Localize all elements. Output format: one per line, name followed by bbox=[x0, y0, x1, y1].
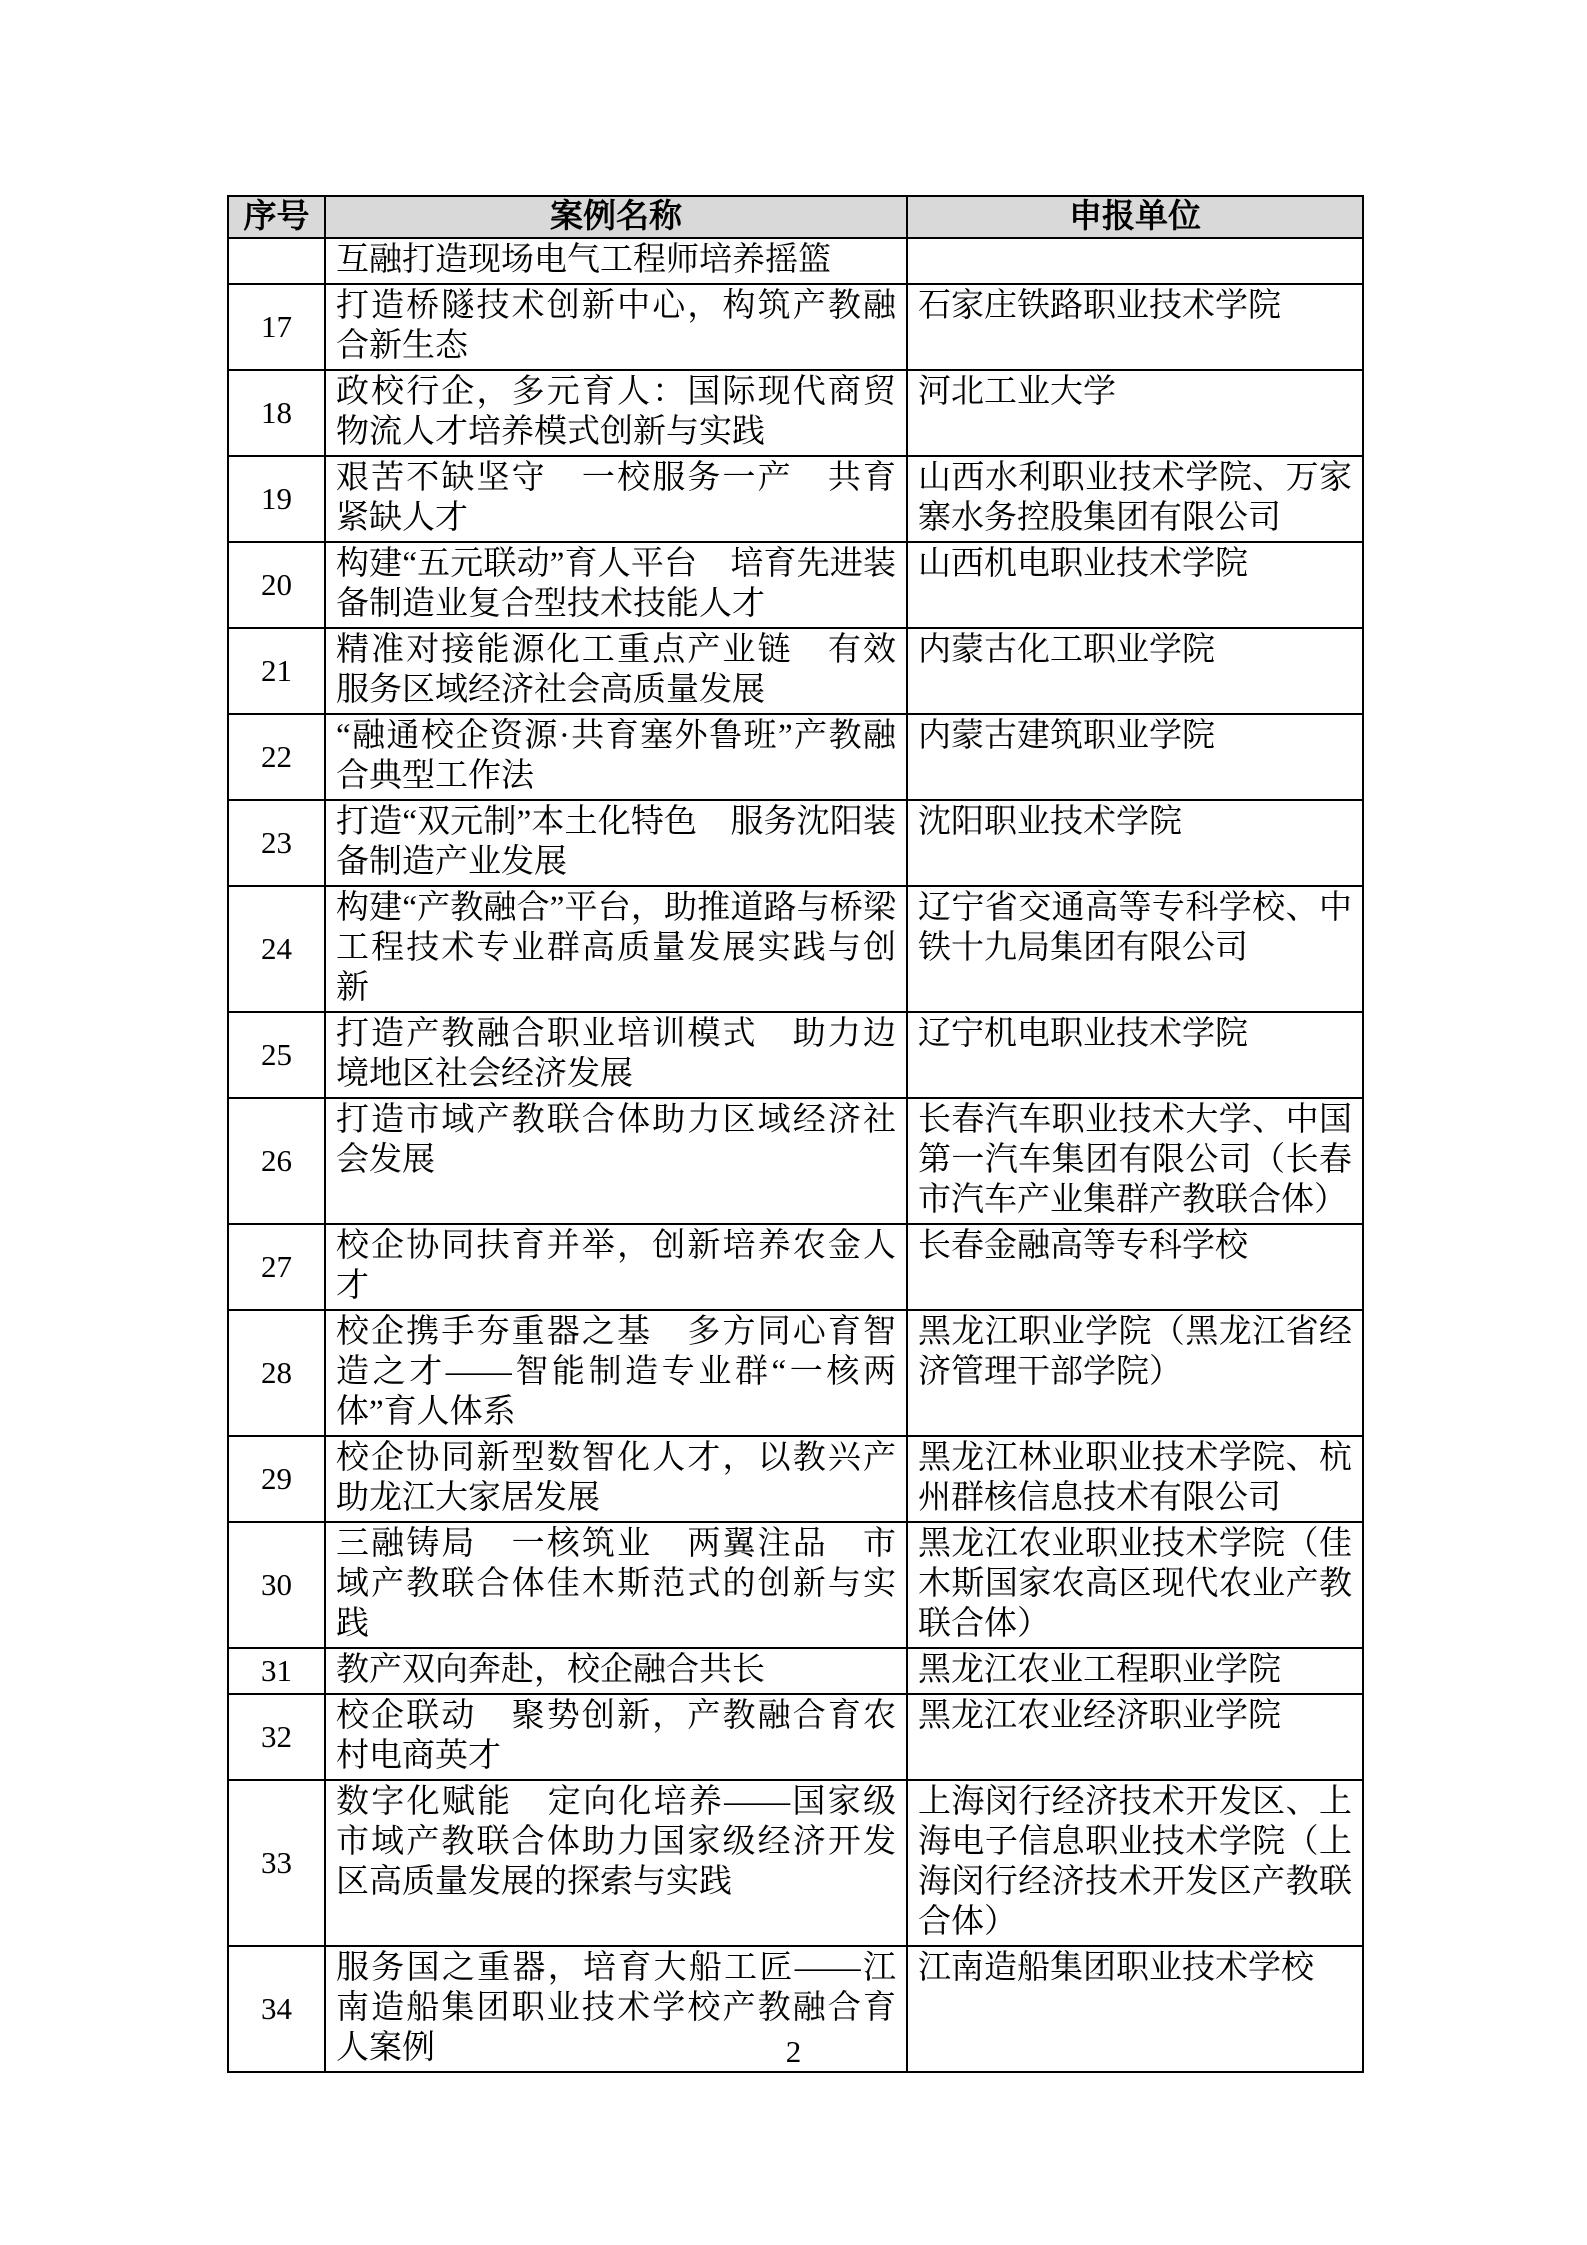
row-index: 29 bbox=[228, 1436, 325, 1522]
row-index: 33 bbox=[228, 1780, 325, 1946]
table-row: 23打造“双元制”本土化特色 服务沈阳装备制造产业发展沈阳职业技术学院 bbox=[228, 800, 1363, 886]
case-table-body: 互融打造现场电气工程师培养摇篮17打造桥隧技术创新中心，构筑产教融合新生态石家庄… bbox=[228, 238, 1363, 2072]
table-row: 22“融通校企资源·共育塞外鲁班”产教融合典型工作法内蒙古建筑职业学院 bbox=[228, 714, 1363, 800]
case-name-cell: 校企协同新型数智化人才，以教兴产助龙江大家居发展 bbox=[325, 1436, 907, 1522]
unit-cell: 黑龙江农业工程职业学院 bbox=[907, 1648, 1363, 1694]
table-row: 29校企协同新型数智化人才，以教兴产助龙江大家居发展黑龙江林业职业技术学院、杭州… bbox=[228, 1436, 1363, 1522]
unit-cell: 沈阳职业技术学院 bbox=[907, 800, 1363, 886]
case-table: 序号 案例名称 申报单位 互融打造现场电气工程师培养摇篮17打造桥隧技术创新中心… bbox=[227, 195, 1364, 2073]
table-header-row: 序号 案例名称 申报单位 bbox=[228, 196, 1363, 238]
row-index: 22 bbox=[228, 714, 325, 800]
case-name-cell: 打造产教融合职业培训模式 助力边境地区社会经济发展 bbox=[325, 1012, 907, 1098]
row-index: 21 bbox=[228, 628, 325, 714]
unit-cell: 山西水利职业技术学院、万家寨水务控股集团有限公司 bbox=[907, 456, 1363, 542]
unit-cell bbox=[907, 238, 1363, 284]
unit-cell: 辽宁省交通高等专科学校、中铁十九局集团有限公司 bbox=[907, 886, 1363, 1012]
table-row: 32校企联动 聚势创新，产教融合育农村电商英才黑龙江农业经济职业学院 bbox=[228, 1694, 1363, 1780]
unit-cell: 黑龙江农业经济职业学院 bbox=[907, 1694, 1363, 1780]
header-cell-index: 序号 bbox=[228, 196, 325, 238]
case-name-cell: 打造“双元制”本土化特色 服务沈阳装备制造产业发展 bbox=[325, 800, 907, 886]
row-index: 23 bbox=[228, 800, 325, 886]
row-index: 17 bbox=[228, 284, 325, 370]
row-index: 20 bbox=[228, 542, 325, 628]
unit-cell: 黑龙江林业职业技术学院、杭州群核信息技术有限公司 bbox=[907, 1436, 1363, 1522]
table-row: 21精准对接能源化工重点产业链 有效服务区域经济社会高质量发展内蒙古化工职业学院 bbox=[228, 628, 1363, 714]
case-name-cell: 构建“产教融合”平台，助推道路与桥梁工程技术专业群高质量发展实践与创新 bbox=[325, 886, 907, 1012]
row-index: 18 bbox=[228, 370, 325, 456]
case-name-cell: 校企携手夯重器之基 多方同心育智造之才——智能制造专业群“一核两体”育人体系 bbox=[325, 1310, 907, 1436]
table-row: 26打造市域产教联合体助力区域经济社会发展长春汽车职业技术大学、中国第一汽车集团… bbox=[228, 1098, 1363, 1224]
row-index: 31 bbox=[228, 1648, 325, 1694]
case-name-cell: 三融铸局 一核筑业 两翼注品 市域产教联合体佳木斯范式的创新与实践 bbox=[325, 1522, 907, 1648]
table-row: 互融打造现场电气工程师培养摇篮 bbox=[228, 238, 1363, 284]
row-index: 27 bbox=[228, 1224, 325, 1310]
case-name-cell: 教产双向奔赴，校企融合共长 bbox=[325, 1648, 907, 1694]
table-row: 33数字化赋能 定向化培养——国家级市域产教联合体助力国家级经济开发区高质量发展… bbox=[228, 1780, 1363, 1946]
table-row: 17打造桥隧技术创新中心，构筑产教融合新生态石家庄铁路职业技术学院 bbox=[228, 284, 1363, 370]
case-name-cell: 互融打造现场电气工程师培养摇篮 bbox=[325, 238, 907, 284]
unit-cell: 辽宁机电职业技术学院 bbox=[907, 1012, 1363, 1098]
case-name-cell: 艰苦不缺坚守 一校服务一产 共育紧缺人才 bbox=[325, 456, 907, 542]
header-cell-case-name: 案例名称 bbox=[325, 196, 907, 238]
table-row: 19艰苦不缺坚守 一校服务一产 共育紧缺人才山西水利职业技术学院、万家寨水务控股… bbox=[228, 456, 1363, 542]
case-name-cell: 精准对接能源化工重点产业链 有效服务区域经济社会高质量发展 bbox=[325, 628, 907, 714]
table-row: 18政校行企，多元育人：国际现代商贸物流人才培养模式创新与实践河北工业大学 bbox=[228, 370, 1363, 456]
row-index: 28 bbox=[228, 1310, 325, 1436]
table-row: 30三融铸局 一核筑业 两翼注品 市域产教联合体佳木斯范式的创新与实践黑龙江农业… bbox=[228, 1522, 1363, 1648]
unit-cell: 山西机电职业技术学院 bbox=[907, 542, 1363, 628]
row-index: 26 bbox=[228, 1098, 325, 1224]
row-index: 32 bbox=[228, 1694, 325, 1780]
case-name-cell: 数字化赋能 定向化培养——国家级市域产教联合体助力国家级经济开发区高质量发展的探… bbox=[325, 1780, 907, 1946]
table-row: 31教产双向奔赴，校企融合共长黑龙江农业工程职业学院 bbox=[228, 1648, 1363, 1694]
table-row: 20构建“五元联动”育人平台 培育先进装备制造业复合型技术技能人才山西机电职业技… bbox=[228, 542, 1363, 628]
row-index: 19 bbox=[228, 456, 325, 542]
unit-cell: 长春汽车职业技术大学、中国第一汽车集团有限公司（长春市汽车产业集群产教联合体） bbox=[907, 1098, 1363, 1224]
case-name-cell: 打造市域产教联合体助力区域经济社会发展 bbox=[325, 1098, 907, 1224]
case-name-cell: “融通校企资源·共育塞外鲁班”产教融合典型工作法 bbox=[325, 714, 907, 800]
document-page: 序号 案例名称 申报单位 互融打造现场电气工程师培养摇篮17打造桥隧技术创新中心… bbox=[0, 0, 1587, 2245]
unit-cell: 上海闵行经济技术开发区、上海电子信息职业技术学院（上海闵行经济技术开发区产教联合… bbox=[907, 1780, 1363, 1946]
unit-cell: 长春金融高等专科学校 bbox=[907, 1224, 1363, 1310]
unit-cell: 黑龙江农业职业技术学院（佳木斯国家农高区现代农业产教联合体） bbox=[907, 1522, 1363, 1648]
case-name-cell: 校企联动 聚势创新，产教融合育农村电商英才 bbox=[325, 1694, 907, 1780]
table-row: 24构建“产教融合”平台，助推道路与桥梁工程技术专业群高质量发展实践与创新辽宁省… bbox=[228, 886, 1363, 1012]
unit-cell: 河北工业大学 bbox=[907, 370, 1363, 456]
case-name-cell: 校企协同扶育并举，创新培养农金人才 bbox=[325, 1224, 907, 1310]
table-row: 25打造产教融合职业培训模式 助力边境地区社会经济发展辽宁机电职业技术学院 bbox=[228, 1012, 1363, 1098]
unit-cell: 石家庄铁路职业技术学院 bbox=[907, 284, 1363, 370]
row-index: 25 bbox=[228, 1012, 325, 1098]
unit-cell: 内蒙古化工职业学院 bbox=[907, 628, 1363, 714]
case-name-cell: 政校行企，多元育人：国际现代商贸物流人才培养模式创新与实践 bbox=[325, 370, 907, 456]
page-number: 2 bbox=[0, 2032, 1587, 2072]
case-name-cell: 构建“五元联动”育人平台 培育先进装备制造业复合型技术技能人才 bbox=[325, 542, 907, 628]
row-index: 24 bbox=[228, 886, 325, 1012]
table-row: 28校企携手夯重器之基 多方同心育智造之才——智能制造专业群“一核两体”育人体系… bbox=[228, 1310, 1363, 1436]
unit-cell: 内蒙古建筑职业学院 bbox=[907, 714, 1363, 800]
table-row: 27校企协同扶育并举，创新培养农金人才长春金融高等专科学校 bbox=[228, 1224, 1363, 1310]
row-index: 30 bbox=[228, 1522, 325, 1648]
row-index bbox=[228, 238, 325, 284]
header-cell-unit: 申报单位 bbox=[907, 196, 1363, 238]
case-name-cell: 打造桥隧技术创新中心，构筑产教融合新生态 bbox=[325, 284, 907, 370]
unit-cell: 黑龙江职业学院（黑龙江省经济管理干部学院） bbox=[907, 1310, 1363, 1436]
